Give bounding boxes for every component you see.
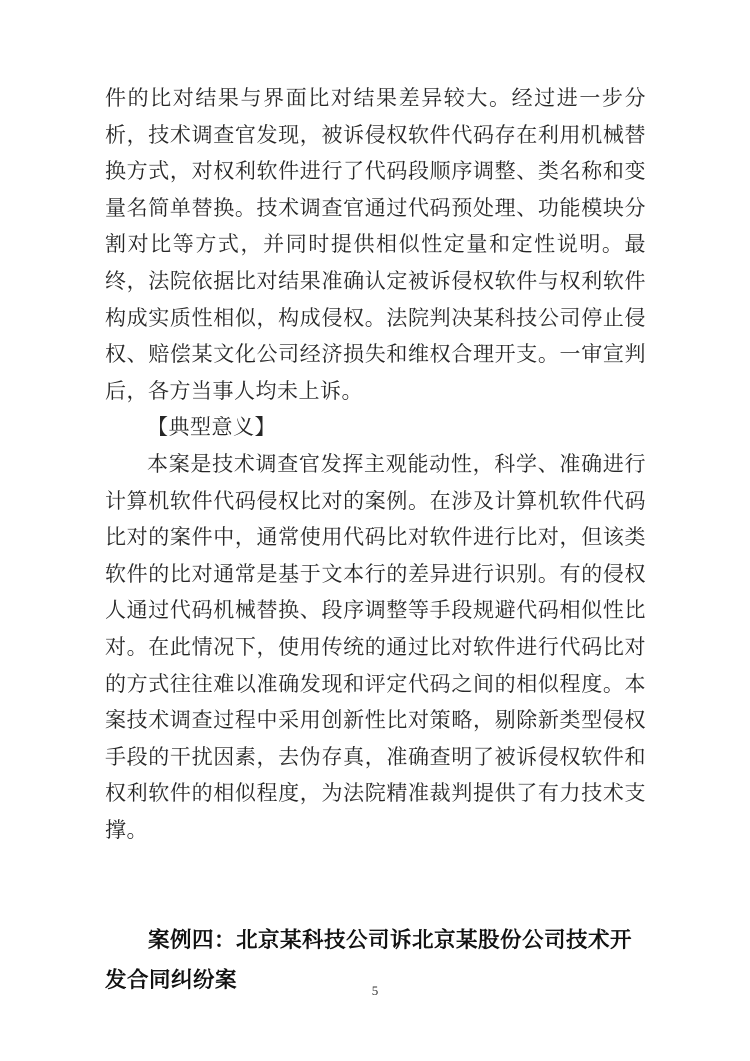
document-body: 件的比对结果与界面比对结果差异较大。经过进一步分析，技术调查官发现，被诉侵权软件… xyxy=(105,80,646,1000)
paragraph-typical-significance: 本案是技术调查官发挥主观能动性，科学、准确进行计算机软件代码侵权比对的案例。在涉… xyxy=(105,446,646,849)
document-page: 件的比对结果与界面比对结果差异较大。经过进一步分析，技术调查官发现，被诉侵权软件… xyxy=(0,0,750,1061)
page-footer: 5 xyxy=(0,983,750,999)
section-label-typical-significance: 【典型意义】 xyxy=(105,409,646,446)
page-number: 5 xyxy=(372,983,379,998)
paragraph-comparison-result-continued: 件的比对结果与界面比对结果差异较大。经过进一步分析，技术调查官发现，被诉侵权软件… xyxy=(105,80,646,409)
